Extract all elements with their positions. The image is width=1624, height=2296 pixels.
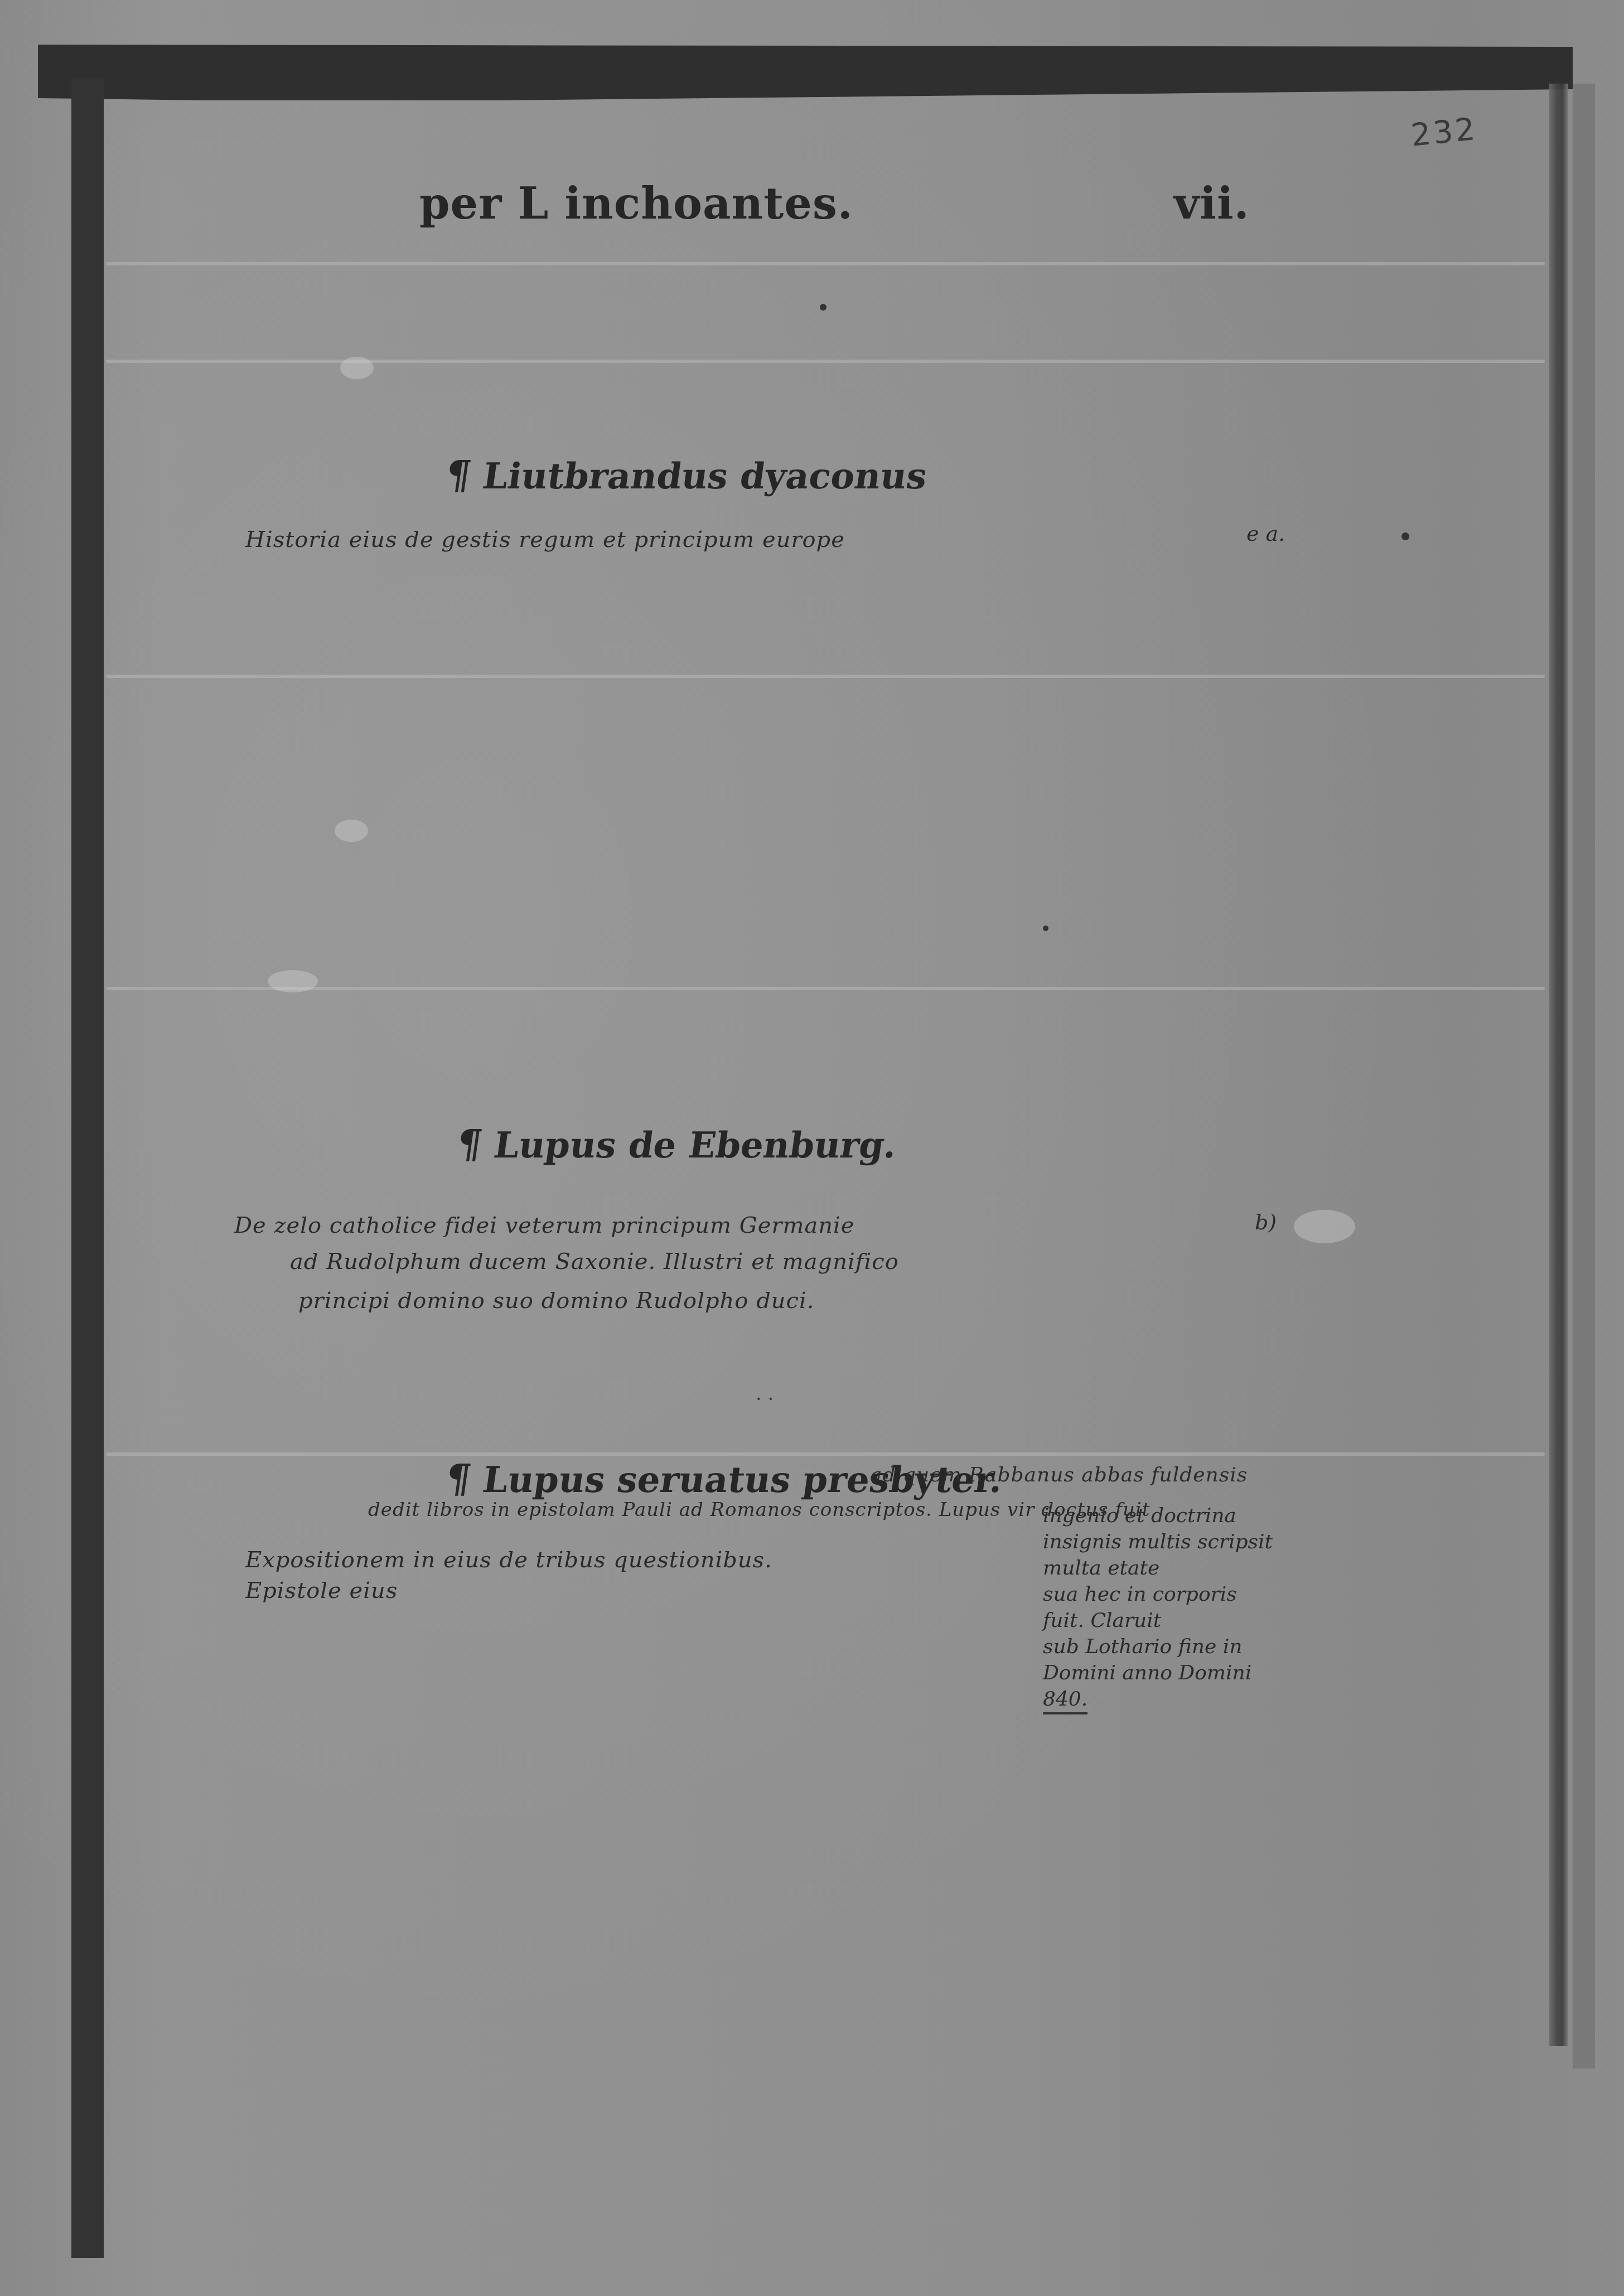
ruling-line: [106, 262, 1545, 265]
entry-heading-text: Lupus de Ebenburg.: [491, 1125, 900, 1166]
side-note-line: sub Lothario fine in: [1043, 1634, 1273, 1660]
ruling-line: [106, 987, 1545, 990]
stain: [268, 970, 318, 992]
chapter-numeral: vii.: [1174, 178, 1250, 229]
ink-dot: [1043, 926, 1048, 931]
entry-heading-liutbrandus: ¶Liutbrandus dyaconus: [443, 452, 930, 498]
side-note-line: fuit. Claruit: [1043, 1607, 1273, 1634]
page-edge-shading: [1573, 84, 1595, 2069]
side-note-line: insignis multis scripsit: [1043, 1529, 1273, 1555]
entry-line: dedit libros in epistolam Pauli ad Roman…: [368, 1499, 1150, 1521]
entry-line: Historia eius de gestis regum et princip…: [245, 527, 845, 553]
scanner-frame-left: [71, 78, 104, 2258]
ink-dot: [820, 304, 826, 311]
side-note-line: Domini anno Domini: [1043, 1660, 1273, 1686]
entry-line: Expositionem in eius de tribus questioni…: [245, 1547, 772, 1573]
stain: [1294, 1210, 1355, 1243]
side-note-line: multa etate: [1043, 1555, 1273, 1581]
stain: [335, 820, 368, 842]
side-note-year: 840.: [1043, 1686, 1087, 1714]
margin-mark: b): [1255, 1210, 1277, 1234]
stray-mark: · ·: [756, 1388, 774, 1411]
side-note-line: ingenio et doctrina: [1043, 1503, 1273, 1529]
side-note-line: sua hec in corporis: [1043, 1581, 1273, 1607]
entry-heading-text: Liutbrandus dyaconus: [480, 456, 930, 497]
entry-line: De zelo catholice fidei veterum principu…: [234, 1213, 855, 1238]
running-head: per L inchoantes.: [419, 178, 853, 229]
ruling-line: [106, 360, 1545, 363]
entry-heading-lupus-de-ebenburg: ¶Lupus de Ebenburg.: [454, 1121, 900, 1167]
page-gutter-shadow: [1549, 84, 1568, 2046]
folio-number: 232: [1409, 111, 1479, 154]
entry-line: Epistole eius: [245, 1578, 398, 1604]
entry-line: ad Rudolphum ducem Saxonie. Illustri et …: [290, 1249, 899, 1275]
heading-continuation: ad quem Rabbanus abbas fuldensis: [870, 1464, 1248, 1486]
marginal-biographical-note: ingenio et doctrina insignis multis scri…: [1043, 1503, 1273, 1714]
ink-dot: [1401, 532, 1409, 540]
margin-mark: e a.: [1246, 521, 1285, 546]
stain: [340, 357, 374, 379]
ruling-line: [106, 675, 1545, 678]
entry-line: principi domino suo domino Rudolpho duci…: [298, 1288, 814, 1314]
